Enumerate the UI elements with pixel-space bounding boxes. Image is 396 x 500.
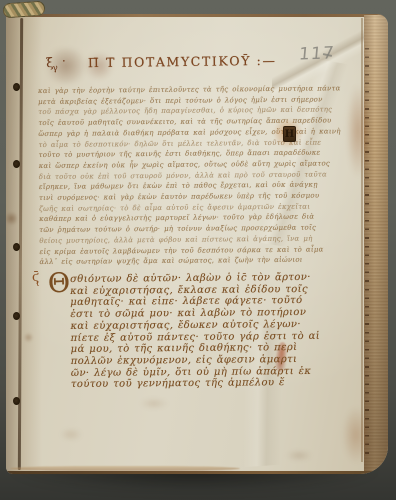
endband: [3, 1, 46, 19]
margin-nota-sign: ϛ̄ ι: [32, 266, 39, 285]
fore-edge-pages: [364, 15, 388, 473]
fore-edge-shading: [364, 15, 388, 473]
faded-text-block: καὶ γὰρ τὴν ἑορτὴν ταύτην ἐπιτελοῦντες τ…: [38, 83, 346, 268]
nota-bottom: ι: [36, 279, 40, 289]
photo-background: 117 ξ̄ γ · Π̄ Τ̄ ΠΟΤΑΜΥϹΤΙΚΟῩ :— καὶ γὰρ…: [0, 0, 396, 500]
book-bottom-edge: [6, 471, 388, 475]
sewing-knot: [13, 160, 20, 168]
foxing-spot: [60, 428, 82, 441]
chapter-title: Π̄ Τ̄ ΠΟΤΑΜΥϹΤΙΚΟῩ :—: [88, 53, 277, 70]
chapter-mark-bottom: γ: [52, 63, 58, 73]
manuscript-page: 117 ξ̄ γ · Π̄ Τ̄ ΠΟΤΑΜΥϹΤΙΚΟῩ :— καὶ γὰρ…: [6, 14, 388, 474]
gutter-shadow: [6, 14, 42, 474]
sewing-knot: [13, 83, 20, 91]
initial-letter: Θ: [47, 268, 70, 300]
sewing-knot: [13, 312, 20, 320]
page-edge-line: [361, 18, 363, 462]
main-text-block: σθιόντων δὲ αὐτῶν· λαβὼν ὁ ἰϲ̄ τὸν ἄρτον…: [70, 272, 345, 391]
foxing-spot: [286, 450, 312, 461]
ink-blotch: Η: [283, 126, 296, 142]
chapter-number-mark: ξ̄ γ ·: [45, 52, 53, 71]
text-line: ἀλλ᾿ εἰς σωτηρίαν ψυχῆς ἅμα καὶ σώματος,…: [39, 255, 301, 268]
sewing-knot: [13, 397, 20, 405]
sewing-knot: [13, 243, 20, 251]
chapter-mark-dot: ·: [62, 54, 67, 68]
book-top-edge: [6, 14, 388, 17]
text-line: τούτου τοῦ γεννήματος τῆς ἀμπέλου ἕ: [71, 377, 345, 391]
foxing-spot: [140, 398, 168, 409]
